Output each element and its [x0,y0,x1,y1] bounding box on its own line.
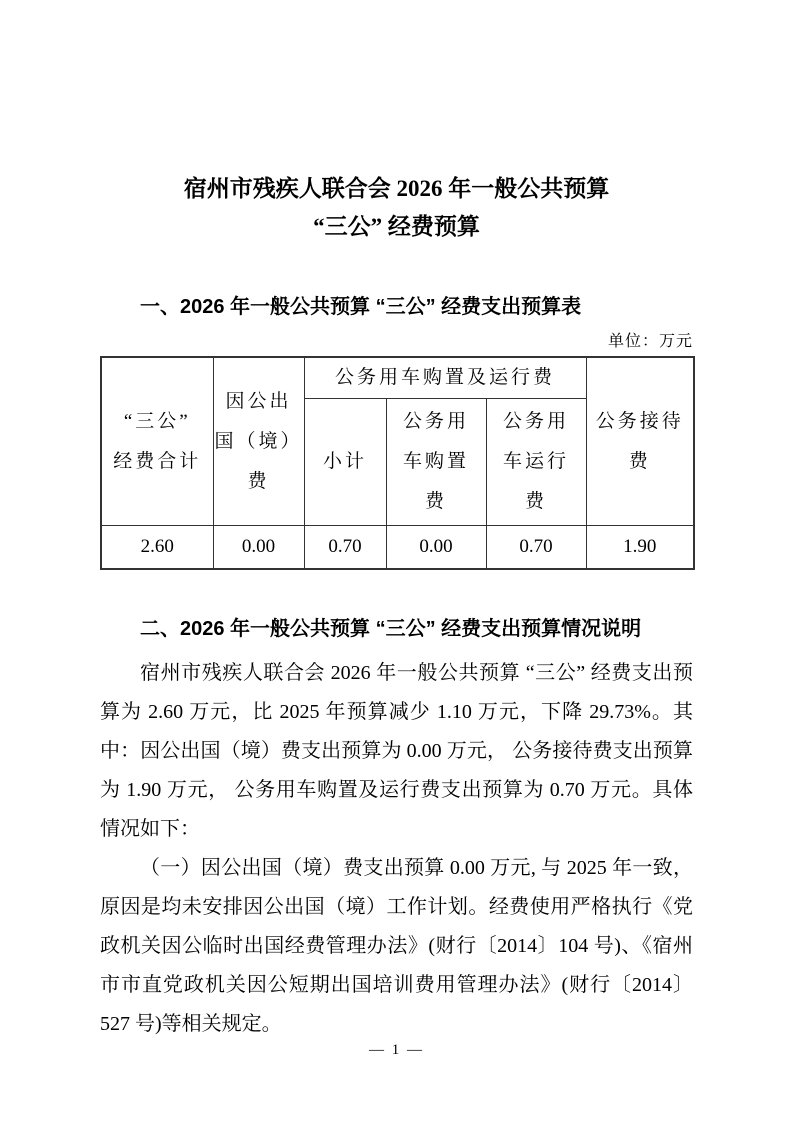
document-title: 宿州市残疾人联合会 2026 年一般公共预算 “三公” 经费预算 [100,0,693,246]
document-content: 宿州市残疾人联合会 2026 年一般公共预算 “三公” 经费预算 一、2026 … [100,0,693,1044]
section-2-body: 宿州市残疾人联合会 2026 年一般公共预算 “三公” 经费支出预算为 2.60… [100,654,693,1044]
value-purchase: 0.00 [386,526,486,570]
budget-table: “三公” 经费合计 因公出 国（境） 费 公务用车购置及运行费 公务接待 费 小… [100,356,695,570]
header-cell-vehicle-group: 公务用车购置及运行费 [304,357,586,399]
unit-label: 单位：万元 [100,332,693,352]
paragraph-abroad-detail: （一）因公出国（境）费支出预算 0.00 万元, 与 2025 年一致，原因是均… [100,849,693,1044]
value-abroad: 0.00 [213,526,304,570]
value-total: 2.60 [101,526,213,570]
header-cell-operation: 公务用 车运行 费 [486,399,586,526]
header-cell-reception: 公务接待 费 [586,357,694,526]
title-line-2: “三公” 经费预算 [100,208,693,246]
header-cell-abroad: 因公出 国（境） 费 [213,357,304,526]
table-values-row: 2.60 0.00 0.70 0.00 0.70 1.90 [101,526,694,570]
table-header-row-1: “三公” 经费合计 因公出 国（境） 费 公务用车购置及运行费 公务接待 费 [101,357,694,399]
header-cell-purchase: 公务用 车购置 费 [386,399,486,526]
section-1-heading: 一、2026 年一般公共预算 “三公” 经费支出预算表 [100,292,693,322]
document-page: 宿州市残疾人联合会 2026 年一般公共预算 “三公” 经费预算 一、2026 … [0,0,793,1122]
page-number: — 1 — [0,1042,793,1059]
header-cell-total: “三公” 经费合计 [101,357,213,526]
paragraph-overview: 宿州市残疾人联合会 2026 年一般公共预算 “三公” 经费支出预算为 2.60… [100,654,693,849]
value-operation: 0.70 [486,526,586,570]
value-subtotal: 0.70 [304,526,386,570]
title-line-1: 宿州市残疾人联合会 2026 年一般公共预算 [100,170,693,208]
value-reception: 1.90 [586,526,694,570]
header-cell-subtotal: 小计 [304,399,386,526]
section-2-heading: 二、2026 年一般公共预算 “三公” 经费支出预算情况说明 [100,614,693,644]
